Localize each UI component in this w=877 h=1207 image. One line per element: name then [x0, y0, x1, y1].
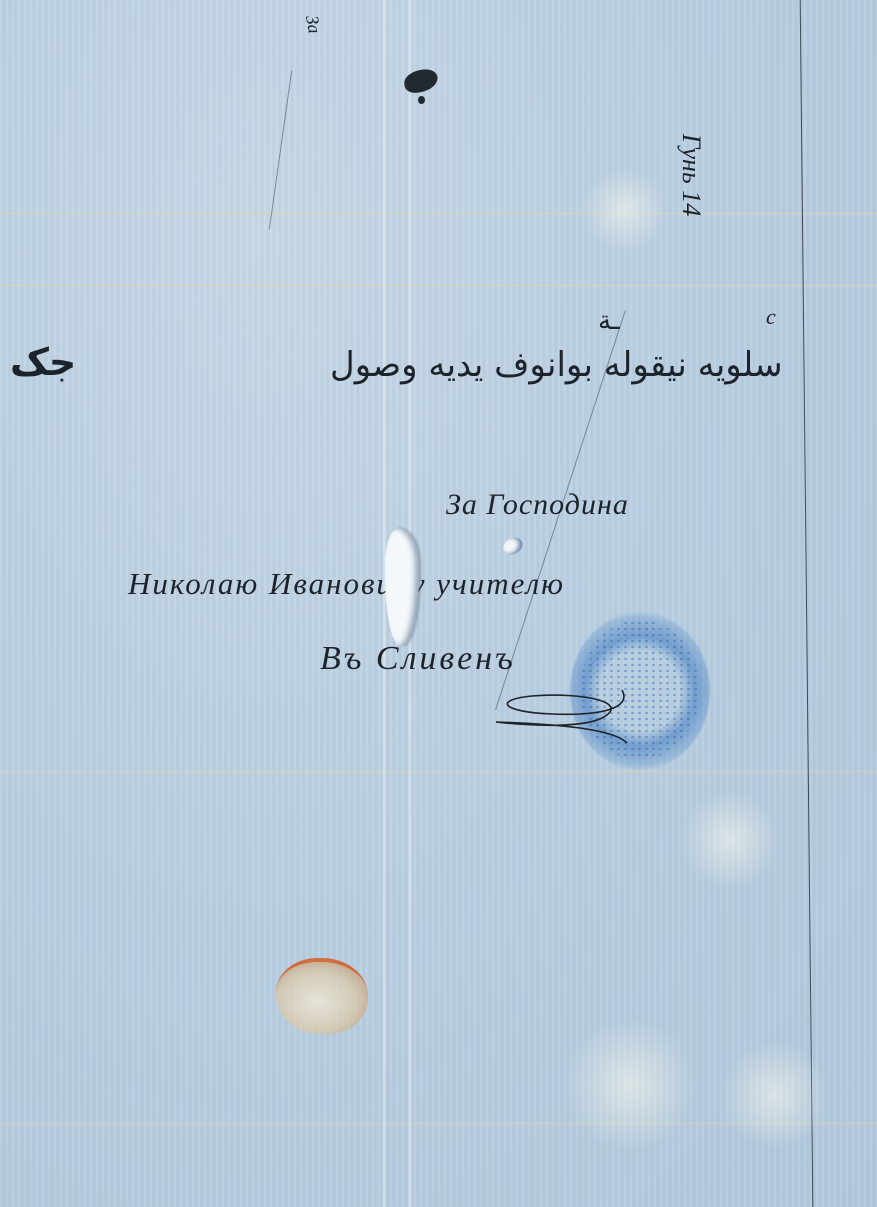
address-line-2: Николаю Ивановичу учителю — [128, 566, 565, 602]
paper-small-hole — [500, 534, 525, 558]
paper-tear-hole — [385, 528, 419, 646]
ottoman-mark: ـة — [598, 306, 620, 336]
ottoman-left-fragment: جک — [10, 340, 76, 384]
paper-stain — [560, 1020, 700, 1150]
margin-c-mark: c — [766, 304, 776, 330]
ink-blot — [418, 96, 425, 104]
fold-line — [0, 212, 877, 215]
wax-seal-remnant — [276, 958, 368, 1034]
top-margin-note: За — [301, 14, 325, 35]
crease — [269, 71, 292, 230]
signature-flourish — [492, 688, 642, 748]
date-note: Гунь 14 — [676, 134, 706, 216]
address-line-1: За Господина — [446, 488, 629, 522]
paper-stain — [580, 170, 670, 250]
ottoman-address-line: سلویه نیقوله بوانوف یدیه وصول — [330, 345, 783, 385]
paper-stain — [680, 790, 780, 890]
paper-edge-line — [800, 0, 814, 1207]
fold-line — [0, 284, 877, 287]
fold-line — [0, 770, 877, 773]
address-line-3: Въ Сливенъ — [320, 640, 516, 678]
letter-cover: За Гунь 14 c ـة سلویه نیقوله بوانوف یدیه… — [0, 0, 877, 1207]
paper-stain — [720, 1040, 830, 1150]
